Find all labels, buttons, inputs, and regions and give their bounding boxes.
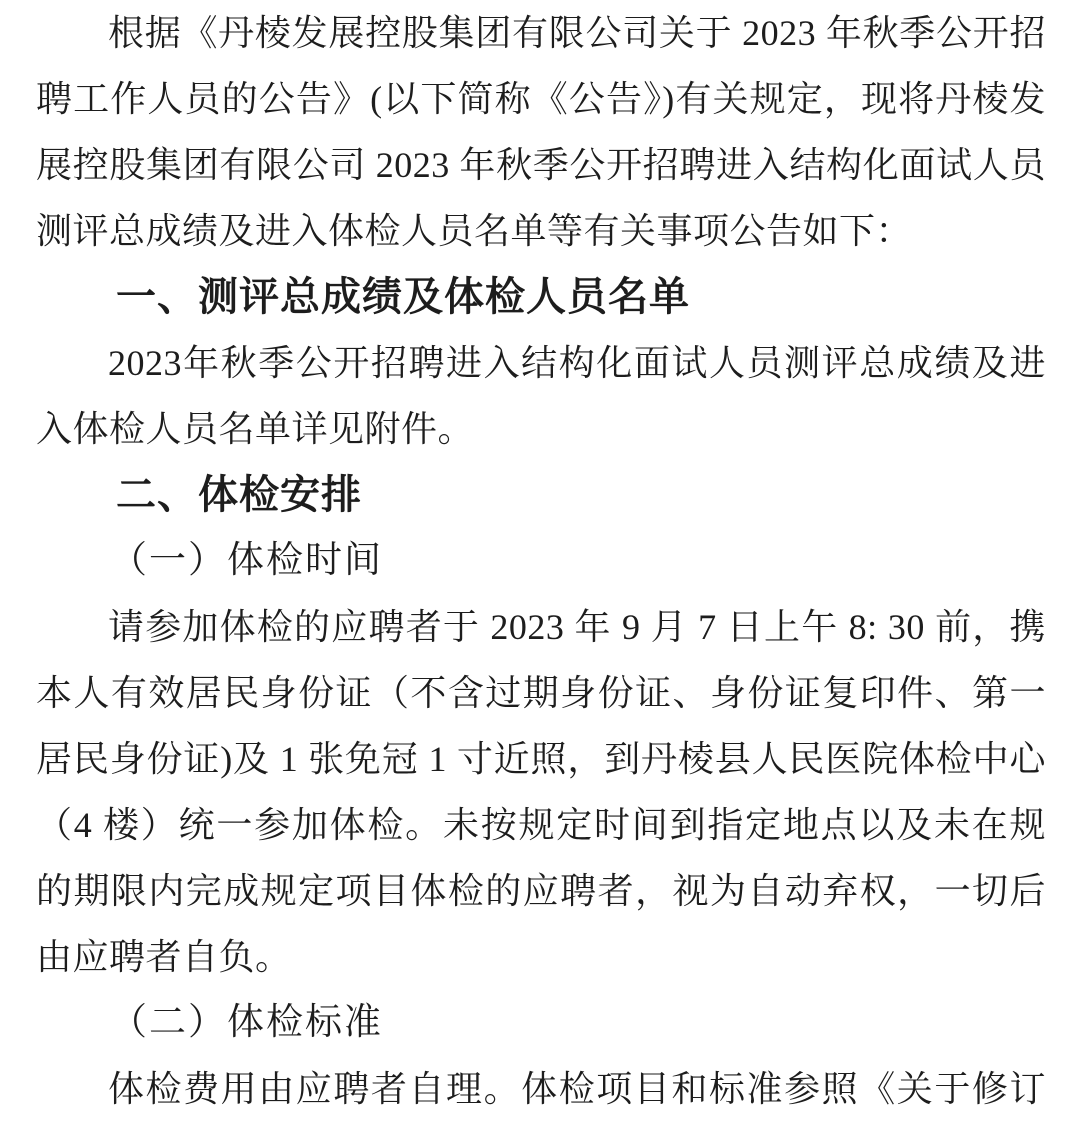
- subheading-line: （二）体检标准: [36, 990, 1046, 1056]
- body-line: （4 楼）统一参加体检。未按规定时间到指定地点以及未在规定: [36, 792, 1046, 858]
- body-line: 体检费用由应聘者自理。体检项目和标准参照《关于修订〈公: [36, 1056, 1046, 1122]
- document-page: 根据《丹棱发展控股集团有限公司关于 2023 年秋季公开招聘工作人员的公告》(以…: [0, 0, 1080, 1122]
- heading-line: 一、测评总成绩及体检人员名单: [36, 264, 1046, 330]
- body-line: 入体检人员名单详见附件。: [36, 396, 1046, 462]
- body-line: 的期限内完成规定项目体检的应聘者，视为自动弃权，一切后果: [36, 858, 1046, 924]
- heading-line: 二、体检安排: [36, 462, 1046, 528]
- body-line: 由应聘者自负。: [36, 924, 1046, 990]
- body-line: 测评总成绩及进入体检人员名单等有关事项公告如下：: [36, 198, 1046, 264]
- body-line: 请参加体检的应聘者于 2023 年 9 月 7 日上午 8: 30 前，携带: [36, 594, 1046, 660]
- subheading-line: （一）体检时间: [36, 528, 1046, 594]
- body-line: 2023年秋季公开招聘进入结构化面试人员测评总成绩及进: [36, 330, 1046, 396]
- body-line: 展控股集团有限公司 2023 年秋季公开招聘进入结构化面试人员: [36, 132, 1046, 198]
- document-body: 根据《丹棱发展控股集团有限公司关于 2023 年秋季公开招聘工作人员的公告》(以…: [36, 0, 1046, 1122]
- body-line: 根据《丹棱发展控股集团有限公司关于 2023 年秋季公开招: [36, 0, 1046, 66]
- body-line: 居民身份证)及 1 张免冠 1 寸近照，到丹棱县人民医院体检中心: [36, 726, 1046, 792]
- body-line: 聘工作人员的公告》(以下简称《公告》)有关规定，现将丹棱发: [36, 66, 1046, 132]
- body-line: 本人有效居民身份证（不含过期身份证、身份证复印件、第一代: [36, 660, 1046, 726]
